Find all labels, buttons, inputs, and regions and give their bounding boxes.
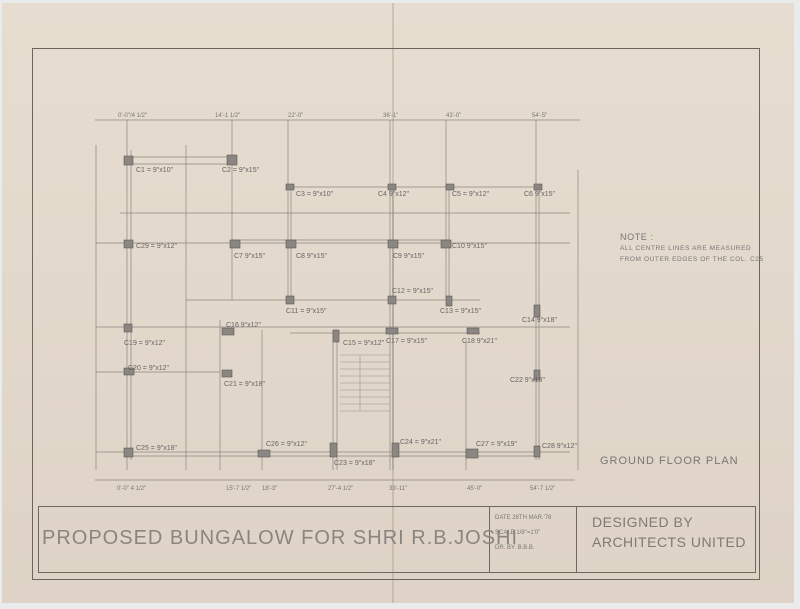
col-label-c19: C19 = 9"x12" (124, 340, 165, 347)
project-title: PROPOSED BUNGALOW FOR SHRI R.B.JOSHI (42, 527, 518, 550)
col-label-c21: C21 = 9"x18" (224, 381, 265, 388)
bottom-dim-1: 0'-0" 4 1/2" (117, 486, 146, 492)
bottom-dim-2: 15'-7 1/2" (226, 486, 251, 492)
col-label-c12: C12 = 9"x15" (392, 288, 433, 295)
col-label-c4: C4 9"x12" (378, 191, 410, 198)
drawing-scale: SCALE 1/8"=1'0" (495, 526, 551, 541)
designed-by-label: DESIGNED BY (592, 512, 746, 532)
note-heading: NOTE : (620, 232, 764, 243)
col-label-c16: C16 9"x12" (226, 322, 261, 329)
col-label-c15: C15 = 9"x12" (343, 340, 384, 347)
top-dim-4: 36'-1" (383, 113, 398, 119)
col-label-c27: C27 = 9"x19" (476, 441, 517, 448)
bottom-dim-5: 33'-11" (389, 486, 407, 492)
bottom-dim-6: 45'-0" (467, 486, 482, 492)
col-label-c26: C26 = 9"x12" (266, 441, 307, 448)
drawing-meta: DATE 28TH MAR.'78 SCALE 1/8"=1'0" DR. BY… (495, 511, 551, 556)
col-label-c14: C14 9"x18" (522, 317, 557, 324)
col-label-c7: C7 9"x15" (234, 253, 266, 260)
col-label-c23: C23 = 9"x18" (334, 460, 375, 467)
col-label-c6: C6 9"x15" (524, 191, 556, 198)
note-line-1: ALL CENTRE LINES ARE MEASURED (620, 243, 764, 254)
col-label-c18: C18 9"x21" (462, 338, 497, 345)
col-label-c5: C5 = 9"x12" (452, 191, 490, 198)
col-label-c8: C8 9"x15" (296, 253, 328, 260)
top-dim-6: 54'-5" (532, 113, 547, 119)
top-dim-3: 22'-0" (288, 113, 303, 119)
col-label-c28: C28 9"x12" (542, 443, 577, 450)
top-dim-1: 0'-0"/4 1/2" (118, 113, 147, 119)
col-label-c29: C29 = 9"x12" (136, 243, 177, 250)
col-label-c9: C9 9"x15" (393, 253, 425, 260)
designer-block: DESIGNED BY ARCHITECTS UNITED (592, 512, 746, 552)
col-label-c17: C17 = 9"x15" (386, 338, 427, 345)
top-dim-5: 43'-0" (446, 113, 461, 119)
bottom-dim-7: 54'-7 1/2" (530, 486, 555, 492)
drawn-by: DR. BY. B.B.B. (495, 541, 551, 556)
col-label-c13: C13 = 9"x15" (440, 308, 481, 315)
note-line-2: FROM OUTER EDGES OF THE COL. C25 (620, 254, 764, 265)
col-label-c2: C2 = 9"x15" (222, 167, 260, 174)
top-dim-2: 14'-1 1/2" (215, 113, 240, 119)
col-label-c20: C20 = 9"x12" (128, 365, 169, 372)
bottom-dim-4: 27'-4 1/2" (328, 486, 353, 492)
col-label-c1: C1 = 9"x10" (136, 167, 174, 174)
col-label-c11: C11 = 9"x15" (286, 308, 327, 315)
col-label-c3: C3 = 9"x10" (296, 191, 334, 198)
plan-title: GROUND FLOOR PLAN (600, 455, 739, 467)
col-label-c25: C25 = 9"x18" (136, 445, 177, 452)
col-label-c10: C10 9"x15" (452, 243, 487, 250)
designer-name: ARCHITECTS UNITED (592, 532, 746, 552)
drawing-date: DATE 28TH MAR.'78 (495, 511, 551, 526)
note-block: NOTE : ALL CENTRE LINES ARE MEASURED FRO… (620, 232, 764, 265)
title-block-divider (576, 506, 577, 572)
bottom-dim-3: 18'-3" (262, 486, 277, 492)
col-label-c24: C24 = 9"x21" (400, 439, 441, 446)
col-label-c22: C22 9"x18" (510, 377, 545, 384)
